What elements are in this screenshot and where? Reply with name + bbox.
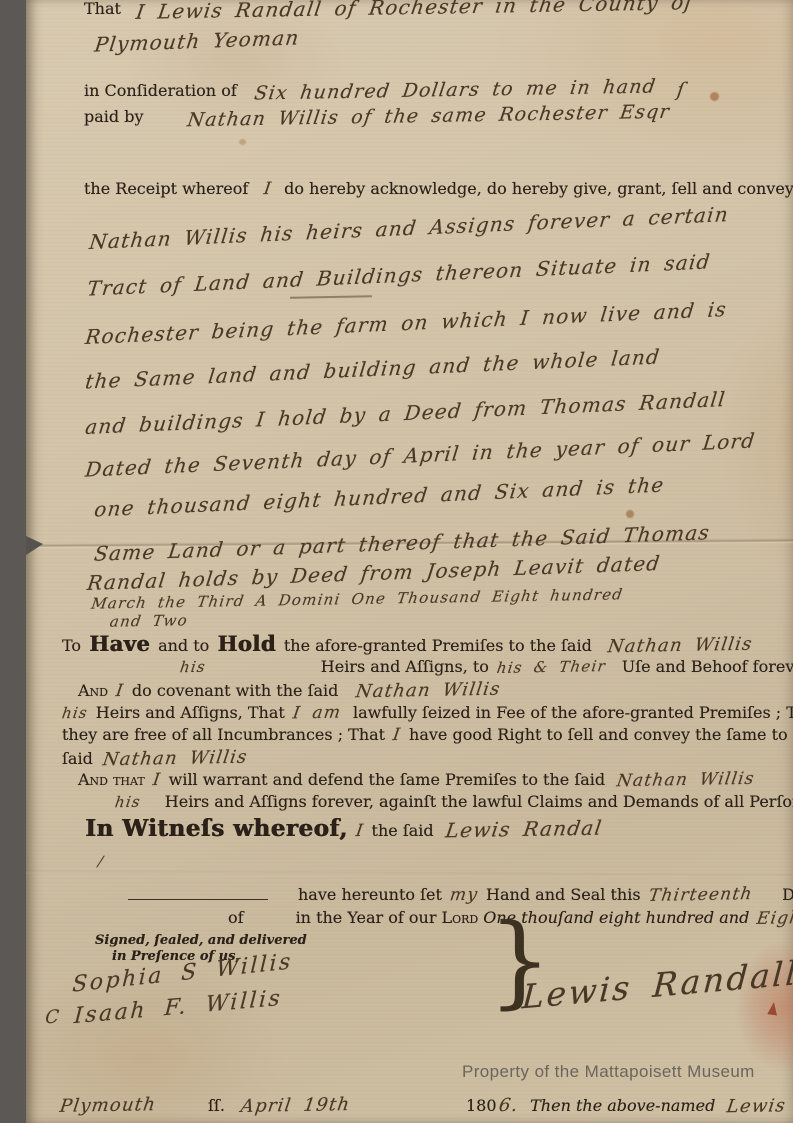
printed-text: Day (782, 885, 793, 904)
handwritten-text: Thirteenth (647, 883, 754, 907)
doc-line: ToHaveand toHoldthe afore-granted Premiſ… (62, 630, 752, 658)
handwritten-text: Plymouth (58, 1093, 158, 1118)
printed-text: will warrant and defend the ſame Premiſe… (169, 770, 606, 789)
doc-line: ThatI Lewis Randall of Rochester in the … (84, 0, 693, 21)
handwritten-text: Lewis Randall (725, 1093, 793, 1119)
handwritten-text: 6. (497, 1094, 520, 1118)
printed-text: and to (158, 636, 209, 655)
printed-text: the afore-granted Premiſes to the ſaid (284, 636, 592, 655)
printed-text: Heirs and Aſſigns forever, againſt the l… (165, 792, 793, 811)
doc-line: they are free of all Incumbrances ; That… (62, 724, 793, 747)
museum-watermark: Property of the Mattapoisett Museum (462, 1062, 755, 1082)
doc-line: Plymouth Yeoman (95, 26, 300, 56)
doc-line: Plymouthſſ.April 19th1806.Then the above… (60, 1094, 793, 1118)
printed-text: Then the above-named (530, 1096, 715, 1115)
printed-text: they are free of all Incumbrances ; That (62, 725, 385, 744)
handwritten-text: Lewis Randal (444, 815, 604, 844)
handwritten-text: I am (291, 702, 342, 725)
handwritten-text: C (44, 1005, 61, 1030)
handwritten-text: I (151, 769, 162, 791)
printed-text: do covenant with the ſaid (132, 681, 338, 700)
printed-text: in the Year of our (296, 908, 437, 927)
printed-text: have hereunto ſet (298, 885, 442, 904)
handwritten-text: his (179, 658, 208, 678)
handwritten-text: ſ (676, 78, 688, 103)
doc-line: / (98, 852, 104, 873)
handwritten-text: Nathan Willis (615, 768, 756, 792)
doc-line: have hereunto ſetmyHand and Seal thisThi… (128, 884, 793, 907)
printed-text: have good Right to ſell and convey the ſ… (409, 725, 793, 744)
handwritten-text: his (61, 704, 90, 724)
doc-line: In Witneſs whereof,Ithe ſaidLewis Randal (85, 814, 602, 844)
printed-text: That (84, 0, 121, 18)
doc-line: paid byNathan Willis of the same Rochest… (84, 104, 669, 129)
handwritten-text: Eight ⸺ (756, 906, 793, 930)
printed-text: 180 (466, 1096, 497, 1115)
printed-text: the Receipt whereof (84, 179, 248, 198)
handwritten-text: I (114, 680, 125, 702)
handwritten-text: Plymouth Yeoman (93, 24, 301, 57)
doc-line: hisHeirs and Aſſigns forever, againſt th… (115, 792, 793, 814)
printed-text: paid by (84, 107, 144, 126)
printed-text: of (228, 908, 244, 927)
printed-text: do hereby acknowledge, do hereby give, g… (284, 179, 793, 198)
doc-line: hisHeirs and Aſſigns, ThatI amlawfully ſ… (62, 702, 793, 725)
handwritten-text: Nathan Willis of the same Rochester Esqr (185, 100, 671, 133)
doc-line: AndIdo covenant with the ſaidNathan Will… (78, 679, 501, 703)
printed-text: ſaid (62, 749, 93, 768)
handwritten-text: April 19th (239, 1093, 352, 1118)
printed-text: the ſaid (372, 821, 434, 840)
printed-text: Have (89, 631, 150, 656)
handwritten-text: his & Their (495, 657, 607, 678)
printed-text: in Conſideration of (84, 81, 237, 100)
handwritten-text: Nathan Willis (606, 633, 754, 659)
printed-text: And (78, 681, 108, 700)
printed-text: Uſe and Behoof forever. (622, 657, 793, 676)
printed-text: In Witneſs whereof, (85, 815, 348, 842)
doc-line: And thatIwill warrant and defend the ſam… (78, 769, 755, 792)
handwritten-text: Nathan Willis (355, 678, 503, 704)
printed-text: Heirs and Aſſigns, to (321, 657, 489, 676)
deed-scan: ThatI Lewis Randall of Rochester in the … (0, 0, 793, 1123)
paper-tear (26, 536, 43, 555)
printed-text: Hold (217, 631, 276, 656)
handwritten-text: Nathan Willis (101, 746, 249, 772)
doc-line: the Receipt whereofIdo hereby acknowledg… (84, 178, 793, 201)
handwritten-text: I (392, 724, 403, 746)
handwritten-text: I (354, 820, 365, 842)
printed-text: ſſ. (208, 1096, 225, 1115)
printed-text: lawfully ſeized in Fee of the afore-gran… (353, 703, 793, 722)
blank-line (128, 884, 268, 900)
handwritten-text: I (263, 178, 274, 200)
doc-line: hisHeirs and Aſſigns, tohis & TheirUſe a… (180, 657, 793, 679)
doc-line: ſaidNathan Willis (62, 747, 247, 771)
doc-line: in Conſideration ofSix hundred Dollars t… (84, 78, 686, 103)
printed-text: Heirs and Aſſigns, That (96, 703, 285, 722)
handwritten-text: March the Third A Domini One Thousand Ei… (90, 585, 625, 614)
doc-line: March the Third A Domini One Thousand Ei… (92, 590, 622, 611)
printed-text: And that (78, 770, 145, 789)
printed-text: To (62, 636, 81, 655)
handwritten-text: my (448, 884, 479, 907)
printed-text: Lord (442, 908, 479, 927)
handwritten-text: his (114, 793, 143, 813)
